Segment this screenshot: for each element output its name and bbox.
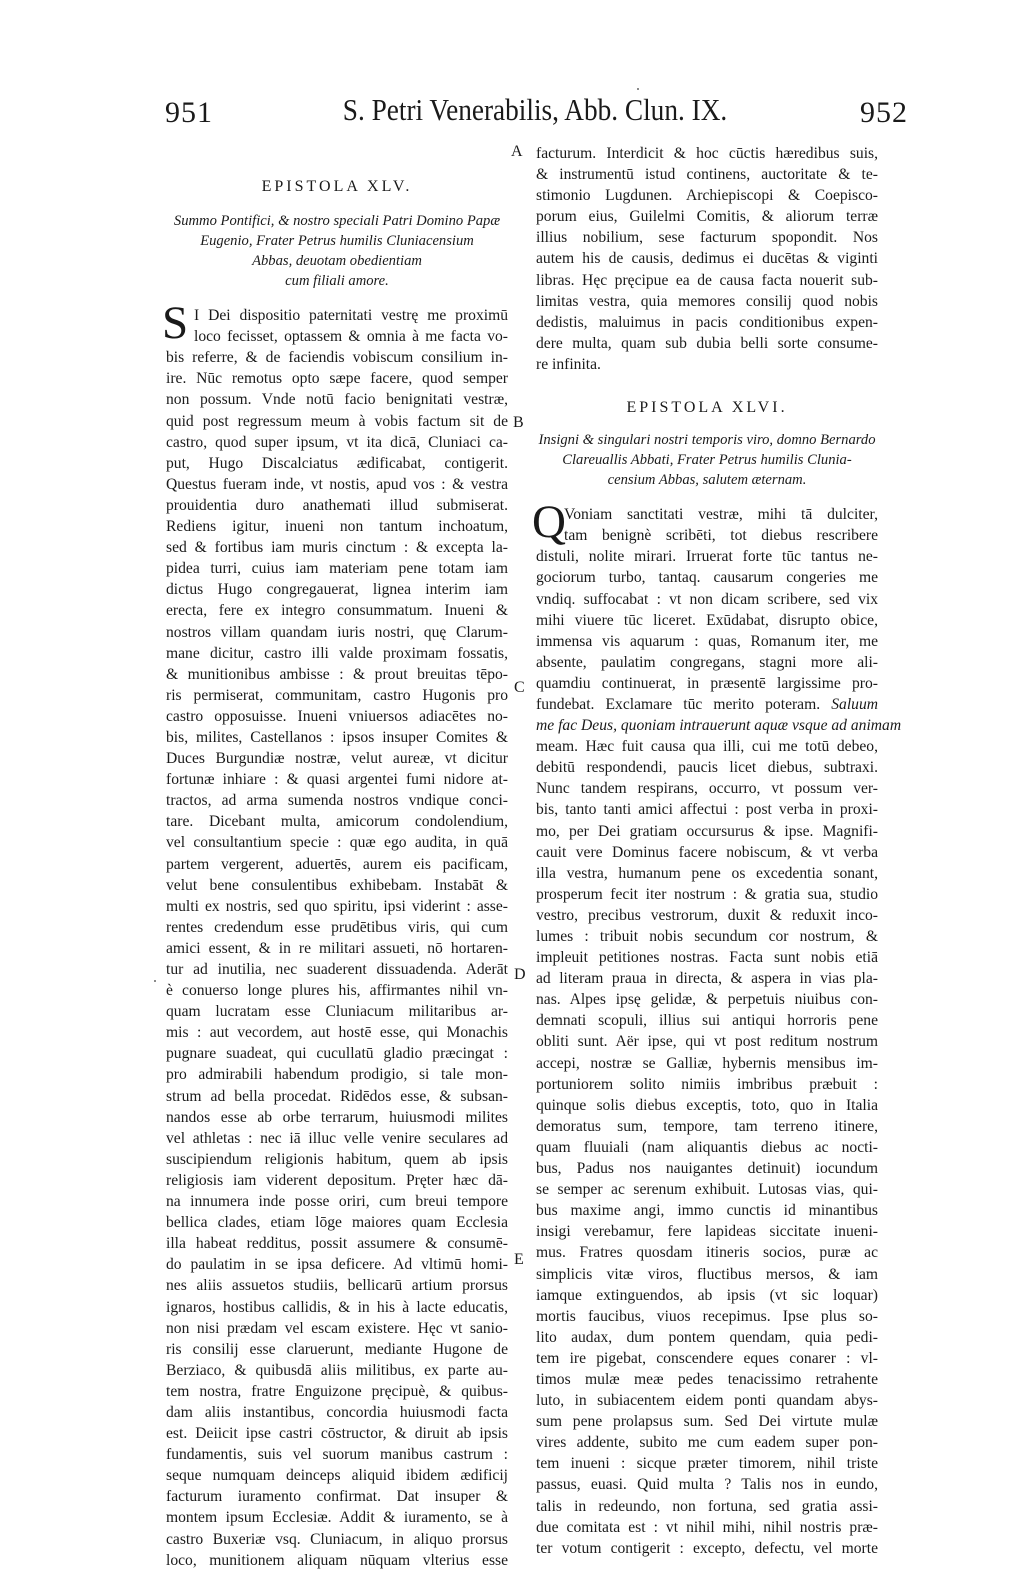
text-line: dere multa, quam sub dubia belli sorte c… — [536, 333, 878, 354]
address-line: Insigni & singulari nostri temporis viro… — [536, 430, 878, 450]
text-line: ire. Nūc remotus opto sæpe facere, quod … — [166, 368, 508, 389]
left-page-number: 951 — [165, 96, 213, 130]
epistle-46-title: EPISTOLA XLVI. — [536, 397, 878, 418]
right-page-number: 952 — [860, 96, 908, 130]
text-line: ter votum contigerit : excepto, defectu,… — [536, 1538, 878, 1559]
text-line: na innumera inde posse oriri, cum breui … — [166, 1191, 508, 1212]
text-line: bis, milites, Castellanos : ipsos insupe… — [166, 727, 508, 748]
text-line: do paulatim in se ipsa deficere. Ad vlti… — [166, 1254, 508, 1275]
epistle-46-body: Q Voniam sanctitati vestræ, mihi tā dulc… — [536, 504, 878, 1559]
epistle-45-title: EPISTOLA XLV. — [166, 176, 508, 197]
text-line: re infinita. — [536, 354, 878, 375]
text-line: non nisi prædam vel escam existere. Hęc … — [166, 1318, 508, 1339]
text-line: tem ire pigebat, conscendere eques conar… — [536, 1348, 878, 1369]
text-line: ris consilij esse claruerunt, mediante H… — [166, 1339, 508, 1360]
epistle-46-address: Insigni & singulari nostri temporis viro… — [536, 430, 878, 490]
text-line: obliti sunt. Aër ipse, qui vt post redit… — [536, 1031, 878, 1052]
text-line: rentes credendum esse prudētibus viris, … — [166, 917, 508, 938]
address-line: Abbas, deuotam obedientiam — [172, 251, 502, 271]
text-line: non possum. Vnde notū facio benignitati … — [166, 389, 508, 410]
text-line: debitū respondendi, paucis licet diebus,… — [536, 757, 878, 778]
margin-letter-a: A — [511, 143, 523, 161]
text-line: Duces Burgundiæ nostræ, velut aureæ, vt … — [166, 748, 508, 769]
text-line: Nunc tandem respirans, occurro, vt possu… — [536, 778, 878, 799]
text-line: pro admirabili habendum prodigio, si tal… — [166, 1064, 508, 1085]
text-line: accepi, nostræ se Galliæ, hybernis mensi… — [536, 1053, 878, 1074]
text-line: mane dicitur, castro illi valde proximam… — [166, 643, 508, 664]
text-line: è conuerso longe plures his, affirmantes… — [166, 980, 508, 1001]
book-page: 951 S. Petri Venerabilis, Abb. Clun. IX.… — [0, 0, 1024, 1572]
text-line: velut bene consulentibus exhibebam. Inst… — [166, 875, 508, 896]
text-line: I Dei dispositio paternitati vestrę me p… — [166, 305, 508, 326]
text-line: vires addente, subito me cum eadem super… — [536, 1432, 878, 1453]
text-line: bus maxime angi, immo cunctis id minanti… — [536, 1200, 878, 1221]
text-line: put, Hugo Discalciatus ædificabat, conti… — [166, 453, 508, 474]
text-line: prosperum fecit iter nostrum : & gratia … — [536, 884, 878, 905]
text-line: vndiq. suffocabat : vt non dicam scriber… — [536, 589, 878, 610]
text-line: nas. Alpes ipsę gelidæ, & perpetuis niui… — [536, 989, 878, 1010]
text-run: fundebat. Exclamare tūc merito poteram. — [536, 696, 820, 713]
epistle-45-continuation: facturum. Interdicit & hoc cūctis hæredi… — [536, 143, 878, 375]
text-line: illa habeat redditus, possit assumere & … — [166, 1233, 508, 1254]
text-line: insigi verebamur, fere lapideas siccitat… — [536, 1221, 878, 1242]
text-line: tam benignè scribēti, tot diebus rescrib… — [536, 525, 878, 546]
text-line: & munitionibus ambisse : & prout breuita… — [166, 664, 508, 685]
text-line: Questus fueram inde, vt nostis, apud vos… — [166, 474, 508, 495]
text-line: immensa vis aquarum : quas, Romanum iter… — [536, 631, 878, 652]
text-line: facturum iuramento confirmat. Dat insupe… — [166, 1486, 508, 1507]
text-line: fortunæ inhiare : & quasi argentei fumi … — [166, 769, 508, 790]
text-line: ris permiserat, communitam, castro Hugon… — [166, 685, 508, 706]
text-line: pugnare suadeat, qui cucullatū gladio pr… — [166, 1043, 508, 1064]
text-line: quinque solis diebus exceptis, toto, quo… — [536, 1095, 878, 1116]
text-line: multi ex nostris, sed quo spiritu, ipsi … — [166, 896, 508, 917]
address-line: Summo Pontifici, & nostro speciali Patri… — [172, 211, 502, 231]
text-line: dedistis, maluimus in pacis conditionibu… — [536, 312, 878, 333]
italic-quote: Saluum — [831, 696, 878, 713]
text-line: bus, Padus nos nauigantes detinuit) iocu… — [536, 1158, 878, 1179]
address-line: Eugenio, Frater Petrus humilis Cluniacen… — [172, 231, 502, 251]
text-line: castro opposuisse. Inueni vniuersos adia… — [166, 706, 508, 727]
margin-letter-b: B — [513, 414, 524, 432]
text-line: erecta, fere ex integro consummatum. Inu… — [166, 600, 508, 621]
left-column: EPISTOLA XLV. Summo Pontifici, & nostro … — [166, 176, 508, 1571]
text-line: seque numquam deinceps aliquid ibidem æd… — [166, 1465, 508, 1486]
ink-speck — [637, 88, 639, 90]
text-line: dam aliis instantibus, concordia huiusmo… — [166, 1402, 508, 1423]
address-line: cum filiali amore. — [172, 271, 502, 291]
text-line: prouidentia duro anathemati illud submis… — [166, 495, 508, 516]
drop-cap: Q — [532, 500, 566, 544]
text-line: bellica clades, etiam lōge maiores quam … — [166, 1212, 508, 1233]
text-line: quam lucratam esse Cluniacum militaribus… — [166, 1001, 508, 1022]
text-line: strum ad bella procedat. Ridēdos esse, &… — [166, 1086, 508, 1107]
text-line: castro, quod super ipsum, vt ita dicā, C… — [166, 432, 508, 453]
text-line: stimonio Lugdunen. Archiepiscopi & Coepi… — [536, 185, 878, 206]
text-line: absente, paulatim congregans, stagni mor… — [536, 652, 878, 673]
text-line: montem ipsum Ecclesiæ. Addit & iuramento… — [166, 1507, 508, 1528]
text-line: amici essent, & in re militari assueti, … — [166, 938, 508, 959]
text-line: passus, euasi. Quid multa ? Talis nos in… — [536, 1474, 878, 1495]
text-line: autem his de causis, dedimus ei ducētas … — [536, 248, 878, 269]
text-line: tractos, ad arma sumenda nostros vndique… — [166, 790, 508, 811]
text-line: fundamentis, suis vel suorum manibus cas… — [166, 1444, 508, 1465]
text-line: nandos esse ab orbe terrarum, huiusmodi … — [166, 1107, 508, 1128]
address-line: censium Abbas, salutem æternam. — [536, 470, 878, 490]
text-line: sum pene prolapsus sum. Sed Dei virtute … — [536, 1411, 878, 1432]
text-line: suscipiendum religionis habitum, quem ab… — [166, 1149, 508, 1170]
text-line: distuli, nolite mirari. Irruerat forte t… — [536, 546, 878, 567]
text-line-with-italic: fundebat. Exclamare tūc merito poteram. … — [536, 694, 878, 715]
text-line: nes aliis assuetos studiis, bellicarū ar… — [166, 1275, 508, 1296]
text-line: loco fecisset, optassem & omnia à me fac… — [166, 326, 508, 347]
epistle-45-body: S I Dei dispositio paternitati vestrę me… — [166, 305, 508, 1571]
text-line: lumes : tribuit nobis secundum cor nostr… — [536, 926, 878, 947]
margin-letter-d: D — [514, 966, 526, 984]
text-line: quamdiu continuerat, in præsentē largiss… — [536, 673, 878, 694]
text-line: quid post regressum meum à vobis factum … — [166, 411, 508, 432]
text-line: tur ad inutilia, nec suaderent dissuaden… — [166, 959, 508, 980]
margin-letter-e: E — [514, 1251, 524, 1269]
text-line: meam. Hæc fuit causa qua illi, cui me to… — [536, 736, 878, 757]
drop-cap: S — [162, 301, 188, 345]
text-line: illius nobilium, sese facturum spopondit… — [536, 227, 878, 248]
text-line: mo, per Dei gratiam occursurus & ipse. M… — [536, 821, 878, 842]
ink-speck — [154, 980, 156, 982]
running-head-title: S. Petri Venerabilis, Abb. Clun. IX. — [337, 92, 733, 128]
text-line: dictus Hugo congregauerat, lignea interi… — [166, 579, 508, 600]
text-line: tem inueni : sicque præter timorem, nihi… — [536, 1453, 878, 1474]
text-line: due comitata est : vt nihil mihi, nihil … — [536, 1517, 878, 1538]
text-line: mus. Fratres quosdam itineris socios, pu… — [536, 1242, 878, 1263]
text-line: limitas vestra, quia memores consilij qu… — [536, 291, 878, 312]
text-line: iamque extinguendos, ab ipsis (vt sic lo… — [536, 1285, 878, 1306]
text-line: & instrumentū istud continens, auctorita… — [536, 164, 878, 185]
text-line: religiosis iam viderent depositum. Pręte… — [166, 1170, 508, 1191]
text-line: ignaros, hostibus callidis, & in his à l… — [166, 1297, 508, 1318]
text-line: vel athletas : nec iā illuc velle venire… — [166, 1128, 508, 1149]
text-line: se semper ac serenum exhibuit. Lutosas v… — [536, 1179, 878, 1200]
text-line: pidea turri, cuius iam materiam pene tot… — [166, 558, 508, 579]
address-line: Clareuallis Abbati, Frater Petrus humili… — [536, 450, 878, 470]
text-line: libras. Hęc pręcipue ea de causa facta n… — [536, 270, 878, 291]
text-line: lito audax, dum pontem quendam, quia ped… — [536, 1327, 878, 1348]
margin-letter-c: C — [514, 679, 525, 697]
text-line: gociorum turbo, tantaq. causarum congeri… — [536, 567, 878, 588]
text-line: nostros villam quandam iuris nostri, quę… — [166, 622, 508, 643]
text-line: porum eius, Guilelmi Comitis, & aliorum … — [536, 206, 878, 227]
text-line: Rediens igitur, inueni non tantum inchoa… — [166, 516, 508, 537]
text-line: cauit vere Dominus facere nobiscum, & vt… — [536, 842, 878, 863]
text-line: quam fluuiali (nam aliquantis diebus ac … — [536, 1137, 878, 1158]
text-line: portuniorem solito nimiis imbribus præbu… — [536, 1074, 878, 1095]
text-line: ad literam praua in directa, & aspera in… — [536, 968, 878, 989]
text-line: mis : aut vecordem, aut hostē esse, qui … — [166, 1022, 508, 1043]
text-line: tare. Dicebant multa, amicorum condolend… — [166, 811, 508, 832]
text-line: facturum. Interdicit & hoc cūctis hæredi… — [536, 143, 878, 164]
text-line: Berziaco, & quibusdā aliis militibus, ex… — [166, 1360, 508, 1381]
text-line: castro Buxeriæ vsq. Cluniacum, in aliquo… — [166, 1529, 508, 1550]
text-line: impleuit petitiones nostras. Facta sunt … — [536, 947, 878, 968]
text-line-italic: me fac Deus, quoniam intrauerunt aquæ vs… — [536, 715, 878, 736]
text-line: demoratus sum, tempore, tam terreno itin… — [536, 1116, 878, 1137]
text-line: loco, munitionem aliquam nūquam vlterius… — [166, 1550, 508, 1571]
right-column: facturum. Interdicit & hoc cūctis hæredi… — [536, 143, 878, 1559]
text-line: timos mulæ meæ pedes tenacissimo retrahe… — [536, 1369, 878, 1390]
text-line: simplicis vitæ viros, fluctibus mersos, … — [536, 1264, 878, 1285]
text-line: sed & fortibus iam muris cinctum : & exc… — [166, 537, 508, 558]
text-line: partem vergerent, aduertēs, aurem eis pa… — [166, 854, 508, 875]
text-line: vel consultantium specie : quæ ego audit… — [166, 832, 508, 853]
text-line: tem nostra, fratre Enguizone pręcipuè, &… — [166, 1381, 508, 1402]
text-line: demnati scopuli, illius sui antiqui horr… — [536, 1010, 878, 1031]
text-line: bis, tanto tanti amici affectui : post v… — [536, 799, 878, 820]
text-line: est. Deiicit ipse castri cōstructor, & d… — [166, 1423, 508, 1444]
text-line: mihi viuere tūc liceret. Exūdabat, disru… — [536, 610, 878, 631]
text-line: talis in redeundo, non fortuna, sed grat… — [536, 1496, 878, 1517]
text-line: vestro, precibus vestrorum, duxit & redu… — [536, 905, 878, 926]
text-line: Voniam sanctitati vestræ, mihi tā dulcit… — [536, 504, 878, 525]
text-line: bis referre, & de faciendis vobiscum con… — [166, 347, 508, 368]
epistle-45-address: Summo Pontifici, & nostro speciali Patri… — [172, 211, 502, 291]
text-line: mortis faucibus, viuos recepimus. Ipse p… — [536, 1306, 878, 1327]
text-line: illa vestra, humanum pene os excedentia … — [536, 863, 878, 884]
text-line: luto, in subiacentem eidem ponti quandam… — [536, 1390, 878, 1411]
